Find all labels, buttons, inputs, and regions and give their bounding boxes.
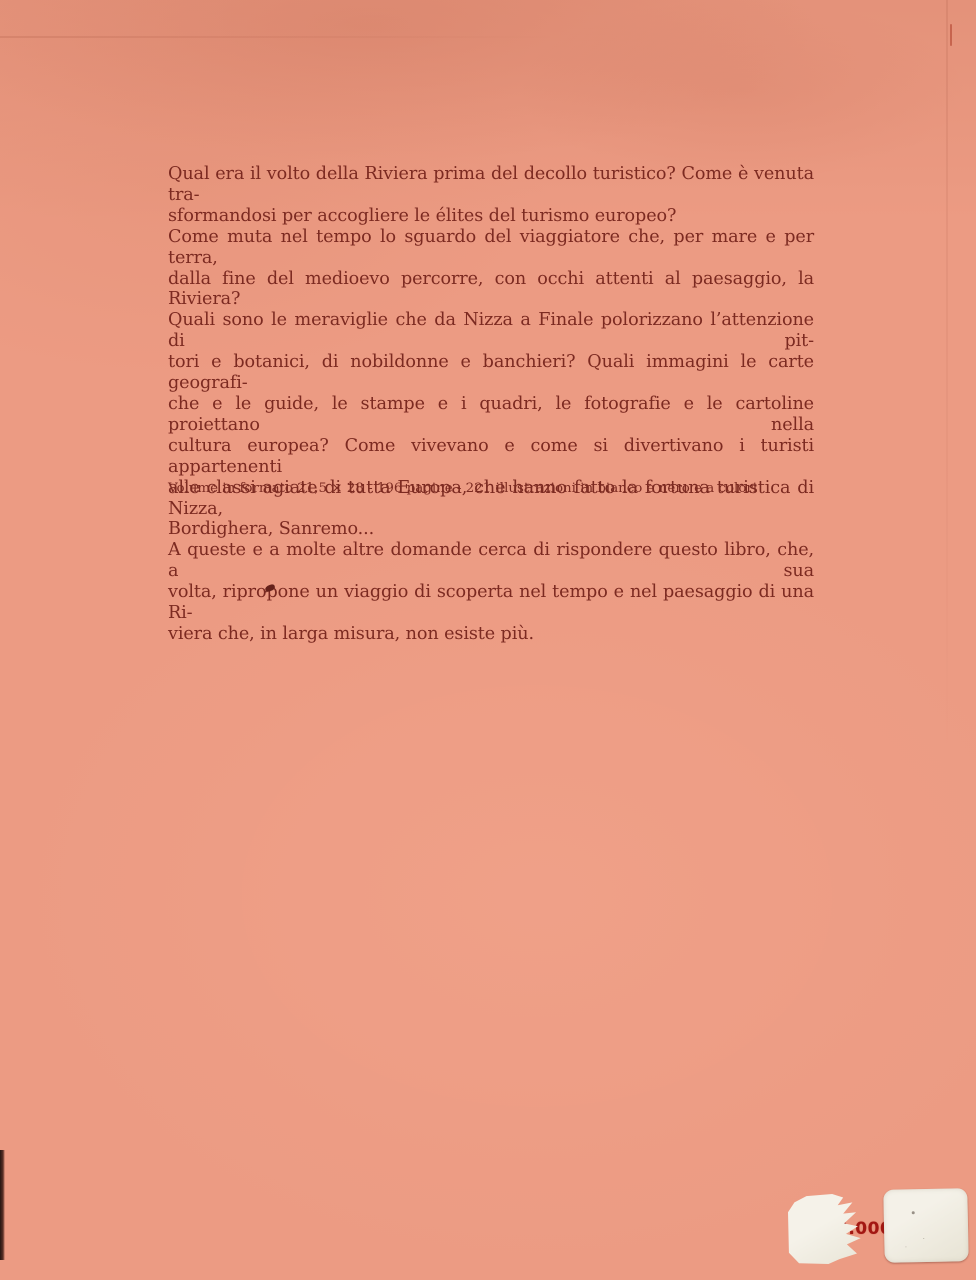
book-back-cover: Qual era il volto della Riviera prima de… [0,0,976,1280]
scratch-mark [950,24,952,46]
paper-crease-top [0,36,560,38]
blurb-line: Come muta nel tempo lo sguardo del viagg… [168,227,814,269]
format-colophon: Volume in formato 21,5 × 28 - 196 pagine… [168,480,808,498]
blurb-line: Quali sono le meraviglie che da Nizza a … [168,310,814,352]
blurb-line: Qual era il volto della Riviera prima de… [168,164,814,206]
blurb-line: cultura europea? Come vivevano e come si… [168,436,814,478]
blurb-line: che e le guide, le stampe e i quadri, le… [168,394,814,436]
blurb-line: dalla fine del medioevo percorre, con oc… [168,269,814,311]
blurb-line: Bordighera, Sanremo... [168,519,814,540]
blank-sticker [883,1188,969,1263]
cover-edge-shadow [0,1150,5,1260]
blurb-line: A queste e a molte altre domande cerca d… [168,540,814,582]
paper-crease-right [946,0,948,760]
blurb-line: tori e botanici, di nobildonne e banchie… [168,352,814,394]
blurb-line: sformandosi per accogliere le élites del… [168,206,814,227]
blurb-line: viera che, in larga misura, non esiste p… [168,624,814,645]
blurb-text-block: Qual era il volto della Riviera prima de… [168,164,814,645]
